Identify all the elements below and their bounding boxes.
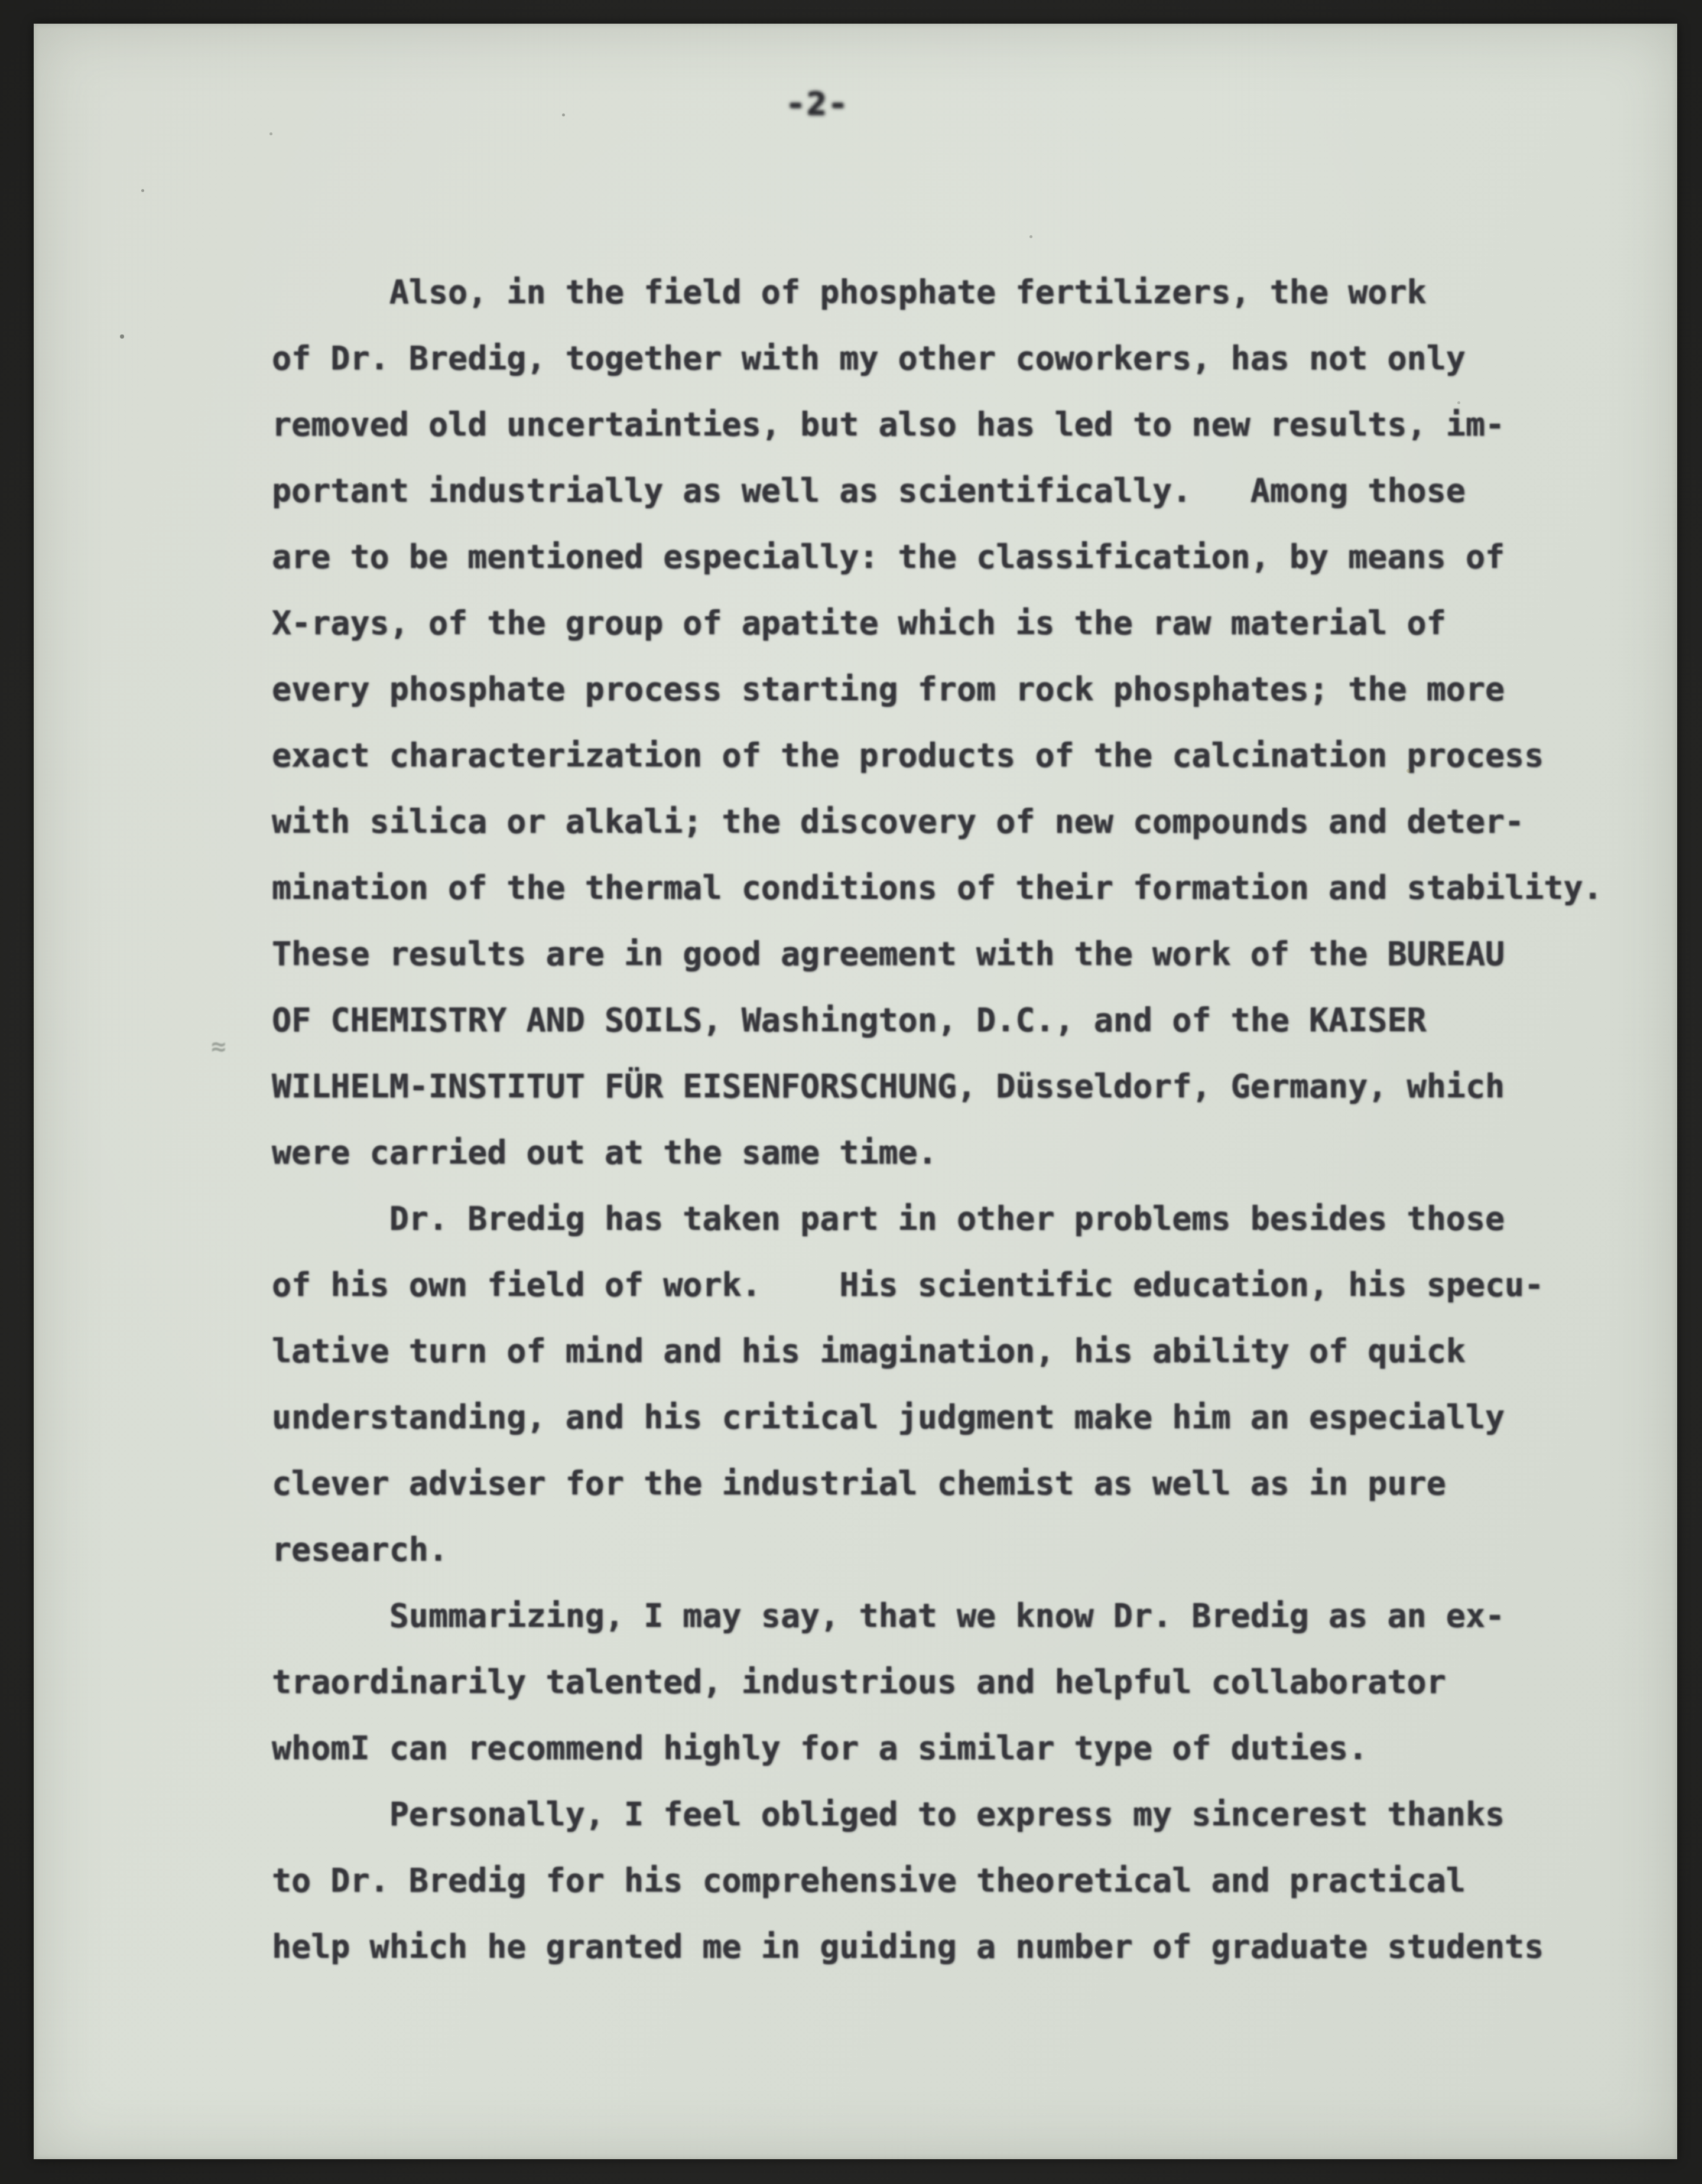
typewritten-line: whomI can recommend highly for a similar…: [272, 1715, 1649, 1781]
text-block: Also, in the field of phosphate fertiliz…: [272, 259, 1649, 1980]
typewritten-line: with silica or alkali; the discovery of …: [272, 788, 1649, 854]
typewritten-line: WILHELM-INSTITUT FÜR EISENFORSCHUNG, Düs…: [272, 1053, 1649, 1119]
typewritten-line: OF CHEMISTRY AND SOILS, Washington, D.C.…: [272, 987, 1649, 1053]
typewritten-line: Dr. Bredig has taken part in other probl…: [272, 1185, 1649, 1252]
typewritten-line: clever adviser for the industrial chemis…: [272, 1450, 1649, 1516]
typewritten-line: traordinarily talented, industrious and …: [272, 1649, 1649, 1715]
typewritten-line: research.: [272, 1516, 1649, 1582]
typewritten-line: portant industrially as well as scientif…: [272, 457, 1649, 524]
typewritten-line: exact characterization of the products o…: [272, 722, 1649, 788]
paper-specks: [34, 24, 35, 25]
typewritten-line: X-rays, of the group of apatite which is…: [272, 590, 1649, 656]
scan-background: -2- Also, in the field of phosphate fert…: [0, 0, 1702, 2184]
typewritten-line: lative turn of mind and his imagination,…: [272, 1318, 1649, 1384]
typewritten-line: every phosphate process starting from ro…: [272, 656, 1649, 722]
typewritten-line: help which he granted me in guiding a nu…: [272, 1913, 1649, 1980]
typewritten-line: to Dr. Bredig for his comprehensive theo…: [272, 1847, 1649, 1913]
typewritten-line: of his own field of work. His scientific…: [272, 1252, 1649, 1318]
typewritten-line: Summarizing, I may say, that we know Dr.…: [272, 1582, 1649, 1649]
typewritten-line: were carried out at the same time.: [272, 1119, 1649, 1185]
typewritten-line: understanding, and his critical judgment…: [272, 1384, 1649, 1450]
page-number: -2-: [785, 86, 849, 123]
typewritten-line: Personally, I feel obliged to express my…: [272, 1781, 1649, 1847]
margin-artifact-mark: ≈: [211, 1032, 226, 1061]
document-page: -2- Also, in the field of phosphate fert…: [34, 24, 1677, 2159]
typewritten-line: are to be mentioned especially: the clas…: [272, 524, 1649, 590]
typewritten-line: Also, in the field of phosphate fertiliz…: [272, 259, 1649, 325]
typewritten-line: mination of the thermal conditions of th…: [272, 854, 1649, 921]
typewritten-line: of Dr. Bredig, together with my other co…: [272, 325, 1649, 391]
typewritten-line: These results are in good agreement with…: [272, 921, 1649, 987]
typewritten-line: removed old uncertainties, but also has …: [272, 391, 1649, 457]
